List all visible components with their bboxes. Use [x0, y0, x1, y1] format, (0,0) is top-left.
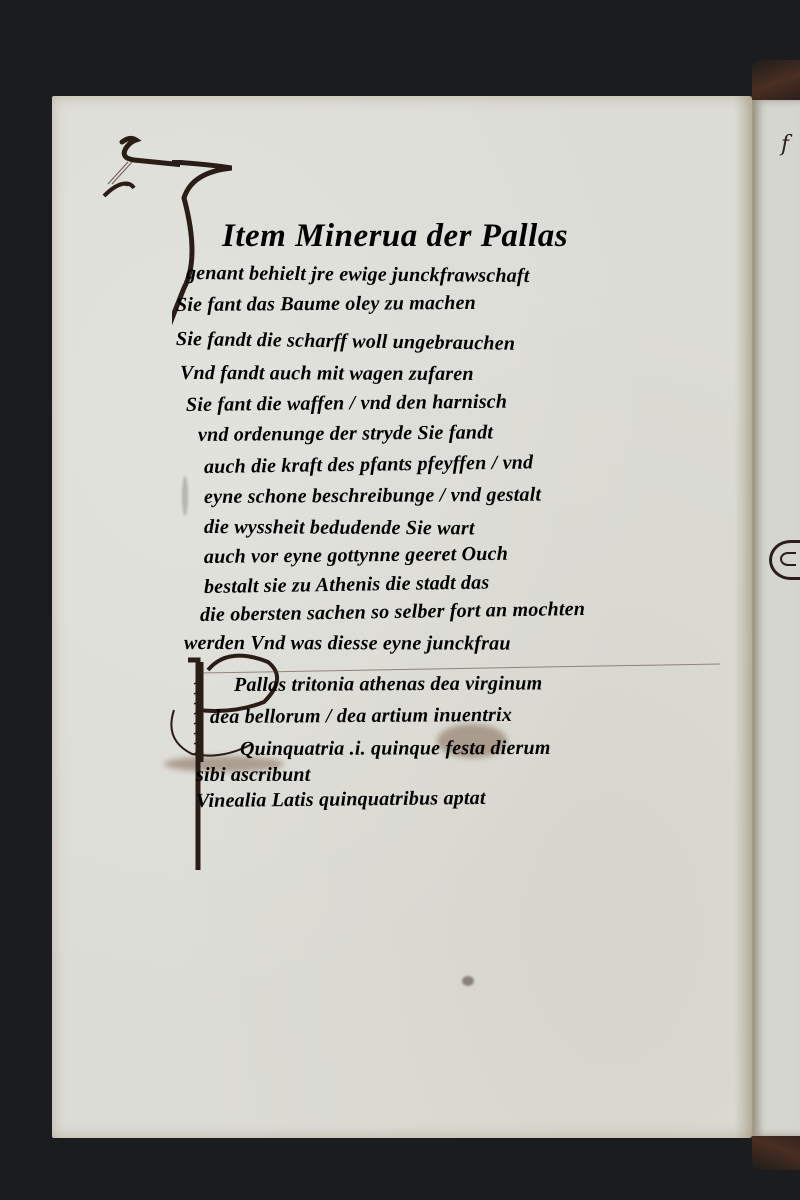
latin-text-line: Vinealia Latis quinquatribus aptat: [196, 787, 486, 813]
text-line: werden Vnd was diesse eyne junckfrau: [184, 632, 511, 656]
book-binding-bottom: [752, 1130, 800, 1170]
text-line: vnd ordenunge der stryde Sie fandt: [198, 421, 493, 447]
facing-page-edge: f: [752, 100, 800, 1136]
latin-text-line: Pallas tritonia athenas dea virginum: [234, 672, 542, 697]
latin-text-line: sibi ascribunt: [196, 764, 311, 787]
text-line: Sie fandt die scharff woll ungebrauchen: [176, 328, 515, 356]
margin-mark-icon: [100, 130, 180, 210]
text-line: genant behielt jre ewige junckfrawschaft: [186, 262, 530, 288]
text-line-heading: Item Minerua der Pallas: [222, 218, 568, 255]
text-line: die wyssheit bedudende Sie wart: [204, 516, 475, 540]
book-binding-top: [752, 60, 800, 100]
text-line: auch vor eyne gottynne geeret Ouch: [204, 543, 508, 569]
facing-page-capital-c-icon: [769, 540, 800, 580]
latin-text-line: dea bellorum / dea artium inuentrix: [210, 704, 512, 729]
text-line: bestalt sie zu Athenis die stadt das: [204, 572, 490, 599]
facing-page-top-mark: f: [781, 132, 789, 157]
text-line: eyne schone beschreibunge / vnd gestalt: [204, 484, 541, 509]
text-line: auch die kraft des pfants pfeyffen / vnd: [204, 451, 534, 479]
manuscript-viewer: f Item Minerua der Pallas genant behielt…: [0, 0, 800, 1200]
text-line: Vnd fandt auch mit wagen zufaren: [180, 362, 474, 386]
text-line: Sie fant die waffen / vnd den harnisch: [186, 391, 507, 417]
paper-spot: [462, 976, 474, 986]
latin-text-line: Quinquatria .i. quinque festa dierum: [240, 737, 551, 761]
text-line: Sie fant das Baume oley zu machen: [176, 292, 476, 317]
paper-spot: [182, 476, 188, 516]
